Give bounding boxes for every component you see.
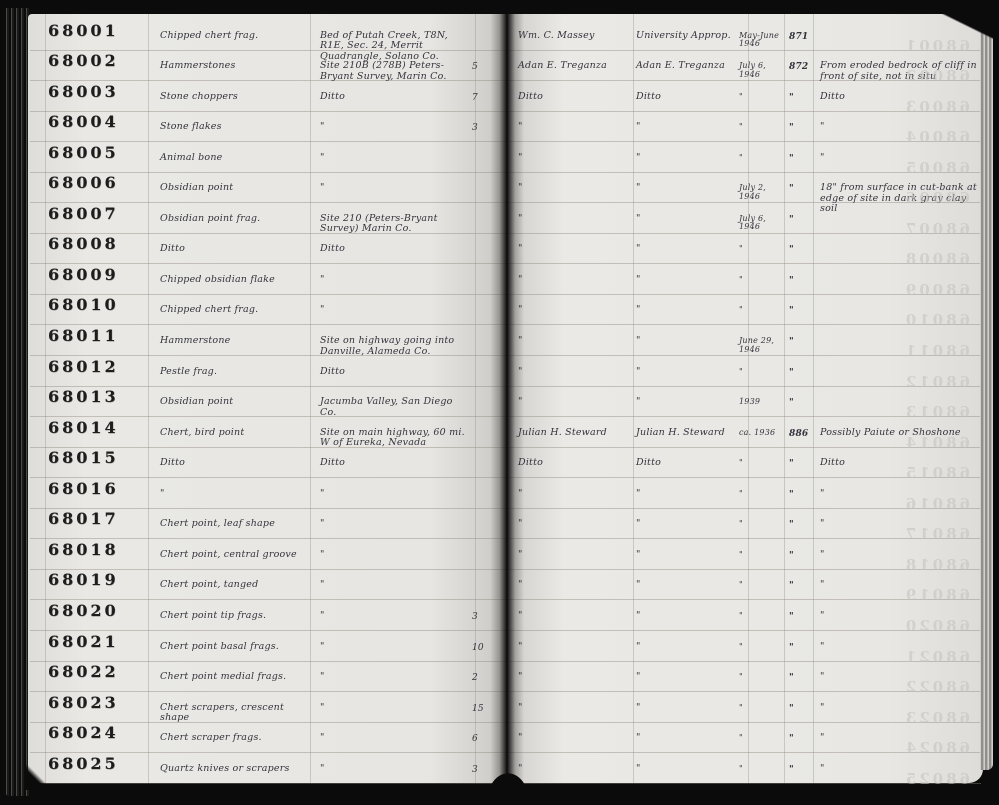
accession-number-cell: "	[789, 490, 815, 501]
bleed-through-number: 68003	[874, 98, 970, 116]
bleed-through-number: 68023	[874, 709, 970, 727]
accession-number-cell: "	[789, 398, 815, 409]
accession-number-cell: "	[789, 581, 815, 592]
collector-cell: "	[518, 244, 630, 255]
accession-number-cell: "	[789, 337, 815, 348]
collector-cell: "	[518, 153, 630, 164]
description-cell: Ditto	[160, 458, 310, 469]
accession-number-cell: "	[789, 734, 815, 745]
collector-cell: Ditto	[518, 92, 630, 103]
collector-cell: "	[518, 580, 630, 591]
date-cell: July 6, 1946	[739, 215, 785, 232]
accession-number-cell: "	[789, 459, 815, 470]
date-cell: "	[739, 306, 785, 315]
description-cell: Pestle frag.	[160, 367, 310, 378]
donor-cell: "	[636, 550, 742, 561]
donor-cell: Julian H. Steward	[636, 428, 742, 439]
quantity-cell: 7	[472, 93, 492, 104]
accession-number-cell: "	[789, 154, 815, 165]
catalog-number-cell: 68010	[48, 300, 158, 311]
locality-cell: Ditto	[320, 458, 472, 469]
locality-cell: Ditto	[320, 367, 472, 378]
collector-cell: "	[518, 214, 630, 225]
bleed-through-number: 68010	[874, 311, 970, 329]
catalog-number-cell: 68007	[48, 209, 158, 220]
donor-cell: "	[636, 183, 742, 194]
bleed-through-number: 68002	[874, 67, 970, 85]
date-cell: "	[739, 154, 785, 163]
collector-cell: "	[518, 489, 630, 500]
bleed-through-number: 68005	[874, 159, 970, 177]
bleed-through-number: 68008	[874, 250, 970, 268]
description-cell: Hammerstones	[160, 61, 310, 72]
donor-cell: "	[636, 733, 742, 744]
locality-cell: Site on highway going into Danville, Ala…	[320, 336, 472, 357]
locality-cell: "	[320, 153, 472, 164]
date-cell: "	[739, 459, 785, 468]
collector-cell: Julian H. Steward	[518, 428, 630, 439]
date-cell: 1939	[739, 398, 785, 407]
corner-shadow-bottom-left	[26, 756, 60, 790]
bleed-through-number: 68015	[874, 464, 970, 482]
accession-number-cell: "	[789, 306, 815, 317]
description-cell: Chipped obsidian flake	[160, 275, 310, 286]
quantity-cell: 5	[472, 62, 492, 73]
catalog-number-cell: 68012	[48, 362, 158, 373]
quantity-cell: 3	[472, 123, 492, 134]
date-cell: July 6, 1946	[739, 62, 785, 79]
catalog-number-cell: 68019	[48, 575, 158, 586]
accession-number-cell: "	[789, 765, 815, 776]
description-cell: Chert point basal frags.	[160, 642, 310, 653]
donor-cell: "	[636, 305, 742, 316]
locality-cell: "	[320, 183, 472, 194]
description-cell: Chert point tip frags.	[160, 611, 310, 622]
accession-number-cell: "	[789, 215, 815, 226]
accession-number-cell: "	[789, 551, 815, 562]
donor-cell: "	[636, 489, 742, 500]
catalog-number-cell: 68014	[48, 423, 158, 434]
bleed-through-number: 68021	[874, 648, 970, 666]
locality-cell: "	[320, 611, 472, 622]
donor-cell: "	[636, 672, 742, 683]
description-cell: Chipped chert frag.	[160, 31, 310, 42]
accession-number-cell: 872	[789, 62, 815, 73]
collector-cell: Ditto	[518, 458, 630, 469]
collector-cell: "	[518, 122, 630, 133]
accession-number-cell: 871	[789, 32, 815, 43]
collector-cell: "	[518, 611, 630, 622]
catalog-number-cell: 68024	[48, 728, 158, 739]
description-cell: Chert scrapers, crescent shape	[160, 703, 310, 724]
quantity-cell: 10	[472, 643, 492, 654]
collector-cell: "	[518, 519, 630, 530]
collector-cell: "	[518, 367, 630, 378]
collector-cell: "	[518, 275, 630, 286]
accession-number-cell: "	[789, 704, 815, 715]
description-cell: Chert scraper frags.	[160, 733, 310, 744]
quantity-cell: 3	[472, 612, 492, 623]
collector-cell: "	[518, 183, 630, 194]
accession-number-cell: "	[789, 276, 815, 287]
bleed-through-number: 68006	[874, 189, 970, 207]
bleed-through-number: 68009	[874, 281, 970, 299]
date-cell: June 29, 1946	[739, 337, 785, 354]
date-cell: "	[739, 734, 785, 743]
date-cell: "	[739, 612, 785, 621]
collector-cell: "	[518, 305, 630, 316]
locality-cell: Site on main highway, 60 mi. W of Eureka…	[320, 428, 472, 449]
locality-cell: "	[320, 642, 472, 653]
catalog-number-cell: 68020	[48, 606, 158, 617]
description-cell: Hammerstone	[160, 336, 310, 347]
donor-cell: "	[636, 214, 742, 225]
date-cell: "	[739, 490, 785, 499]
collector-cell: Adan E. Treganza	[518, 61, 630, 72]
date-cell: "	[739, 93, 785, 102]
description-cell: Animal bone	[160, 153, 310, 164]
locality-cell: "	[320, 764, 472, 775]
locality-cell: Jacumba Valley, San Diego Co.	[320, 397, 472, 418]
description-cell: Chert point, central groove	[160, 550, 310, 561]
quantity-cell: 6	[472, 734, 492, 745]
accession-number-cell: "	[789, 123, 815, 134]
locality-cell: "	[320, 275, 472, 286]
description-cell: Chert point, tanged	[160, 580, 310, 591]
donor-cell: "	[636, 153, 742, 164]
donor-cell: "	[636, 275, 742, 286]
catalog-number-cell: 68023	[48, 698, 158, 709]
date-cell: "	[739, 704, 785, 713]
accession-number-cell: "	[789, 368, 815, 379]
description-cell: Obsidian point	[160, 183, 310, 194]
bleed-through-number: 68011	[874, 342, 970, 360]
accession-number-cell: "	[789, 245, 815, 256]
collector-cell: Wm. C. Massey	[518, 31, 630, 42]
catalog-number-cell: 68003	[48, 87, 158, 98]
accession-number-cell: "	[789, 643, 815, 654]
donor-cell: "	[636, 764, 742, 775]
date-cell: July 2, 1946	[739, 184, 785, 201]
collector-cell: "	[518, 672, 630, 683]
locality-cell: "	[320, 580, 472, 591]
gutter-bottom-notch	[482, 766, 534, 800]
donor-cell: University Approp.	[636, 31, 742, 42]
catalog-number-cell: 68025	[48, 759, 158, 770]
locality-cell: Site 210 (Peters-Bryant Survey) Marin Co…	[320, 214, 472, 235]
catalog-number-cell: 68022	[48, 667, 158, 678]
date-cell: "	[739, 673, 785, 682]
description-cell: "	[160, 489, 310, 500]
donor-cell: "	[636, 519, 742, 530]
book-gutter	[490, 14, 524, 783]
collector-cell: "	[518, 336, 630, 347]
catalog-number-cell: 68006	[48, 178, 158, 189]
donor-cell: "	[636, 703, 742, 714]
accession-number-cell: 886	[789, 429, 815, 440]
description-cell: Quartz knives or scrapers	[160, 764, 310, 775]
donor-cell: "	[636, 397, 742, 408]
bleed-through-number: 68017	[874, 525, 970, 543]
bleed-through-number: 68014	[874, 434, 970, 452]
catalog-number-cell: 68002	[48, 56, 158, 67]
collector-cell: "	[518, 397, 630, 408]
description-cell: Chipped chert frag.	[160, 305, 310, 316]
donor-cell: "	[636, 336, 742, 347]
accession-number-cell: "	[789, 612, 815, 623]
date-cell: May-June 1946	[739, 32, 785, 49]
bleed-through-number: 68004	[874, 128, 970, 146]
date-cell: "	[739, 520, 785, 529]
catalog-number-cell: 68011	[48, 331, 158, 342]
donor-cell: "	[636, 611, 742, 622]
date-cell: "	[739, 123, 785, 132]
locality-cell: "	[320, 703, 472, 714]
accession-number-cell: "	[789, 93, 815, 104]
accession-number-cell: "	[789, 673, 815, 684]
donor-cell: "	[636, 642, 742, 653]
bleed-through-number: 68007	[874, 220, 970, 238]
bleed-through-number: 68025	[874, 770, 970, 788]
description-cell: Ditto	[160, 244, 310, 255]
catalog-number-cell: 68015	[48, 453, 158, 464]
bleed-through-number: 68018	[874, 556, 970, 574]
locality-cell: "	[320, 122, 472, 133]
corner-shadow-top-right	[930, 12, 999, 46]
book-page-stack-right	[980, 30, 993, 770]
description-cell: Obsidian point frag.	[160, 214, 310, 225]
collector-cell: "	[518, 550, 630, 561]
locality-cell: Ditto	[320, 244, 472, 255]
date-cell: ca. 1936	[739, 429, 785, 438]
locality-cell: "	[320, 672, 472, 683]
catalog-number-cell: 68001	[48, 26, 158, 37]
accession-number-cell: "	[789, 184, 815, 195]
donor-cell: "	[636, 244, 742, 255]
catalog-number-cell: 68016	[48, 484, 158, 495]
date-cell: "	[739, 551, 785, 560]
bleed-through-number: 68022	[874, 678, 970, 696]
collector-cell: "	[518, 703, 630, 714]
bleed-through-number: 68016	[874, 495, 970, 513]
scanned-ledger-page: 68001Chipped chert frag.Bed of Putah Cre…	[0, 0, 999, 805]
locality-cell: "	[320, 305, 472, 316]
collector-cell: "	[518, 764, 630, 775]
locality-cell: "	[320, 489, 472, 500]
description-cell: Chert, bird point	[160, 428, 310, 439]
description-cell: Chert point medial frags.	[160, 672, 310, 683]
date-cell: "	[739, 368, 785, 377]
donor-cell: Ditto	[636, 458, 742, 469]
locality-cell: "	[320, 733, 472, 744]
quantity-cell: 15	[472, 704, 492, 715]
locality-cell: "	[320, 550, 472, 561]
collector-cell: "	[518, 733, 630, 744]
bleed-through-number: 68020	[874, 617, 970, 635]
quantity-cell: 2	[472, 673, 492, 684]
locality-cell: Ditto	[320, 92, 472, 103]
locality-cell: "	[320, 519, 472, 530]
date-cell: "	[739, 765, 785, 774]
accession-number-cell: "	[789, 520, 815, 531]
catalog-number-cell: 68013	[48, 392, 158, 403]
catalog-number-cell: 68021	[48, 637, 158, 648]
description-cell: Chert point, leaf shape	[160, 519, 310, 530]
catalog-number-cell: 68009	[48, 270, 158, 281]
bleed-through-number: 68013	[874, 403, 970, 421]
catalog-number-cell: 68005	[48, 148, 158, 159]
bleed-through-number: 68012	[874, 373, 970, 391]
donor-cell: "	[636, 580, 742, 591]
date-cell: "	[739, 581, 785, 590]
donor-cell: Adan E. Treganza	[636, 61, 742, 72]
date-cell: "	[739, 276, 785, 285]
catalog-number-cell: 68018	[48, 545, 158, 556]
bleed-through-number: 68019	[874, 586, 970, 604]
description-cell: Obsidian point	[160, 397, 310, 408]
bleed-through-number: 68024	[874, 739, 970, 757]
date-cell: "	[739, 245, 785, 254]
catalog-number-cell: 68008	[48, 239, 158, 250]
description-cell: Stone choppers	[160, 92, 310, 103]
description-cell: Stone flakes	[160, 122, 310, 133]
locality-cell: Site 210B (278B) Peters-Bryant Survey, M…	[320, 61, 472, 82]
collector-cell: "	[518, 642, 630, 653]
donor-cell: "	[636, 122, 742, 133]
donor-cell: Ditto	[636, 92, 742, 103]
date-cell: "	[739, 643, 785, 652]
catalog-number-cell: 68004	[48, 117, 158, 128]
donor-cell: "	[636, 367, 742, 378]
catalog-number-cell: 68017	[48, 514, 158, 525]
